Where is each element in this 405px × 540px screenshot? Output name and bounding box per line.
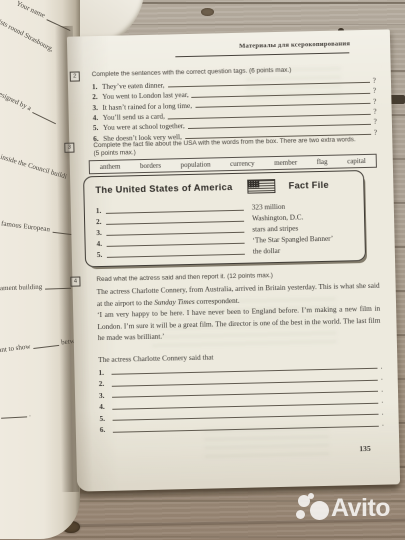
showthrough-text <box>204 427 330 460</box>
item-number: 3. <box>92 104 102 112</box>
question-mark: ? <box>373 77 376 85</box>
exercise-instruction: Read what the actress said and then repo… <box>96 272 273 283</box>
fact-file-rows: 1.323 million 2.Washington, D.C. 3.stars… <box>96 198 353 259</box>
word-option: currency <box>230 159 255 168</box>
us-flag-icon <box>247 179 275 194</box>
question-mark: ? <box>373 97 376 105</box>
item-number: 2. <box>96 218 106 226</box>
fact-answer: the dollar <box>253 247 281 256</box>
item-number: 3. <box>96 229 106 237</box>
reading-text: The actress Charlotte Connery, from Aust… <box>97 280 381 344</box>
wood-knot <box>201 8 214 16</box>
exercise-instruction: (5 points max.) <box>93 149 135 157</box>
fact-answer: stars and stripes <box>252 225 298 234</box>
item-number: 3. <box>99 391 109 399</box>
blank-line <box>32 112 56 124</box>
period: . <box>382 420 384 428</box>
reported-speech-intro: The actress Charlotte Connery said that <box>98 352 213 364</box>
left-page-fragment: . <box>0 410 31 420</box>
fact-answer: Washington, D.C. <box>252 213 304 222</box>
item-number: 4. <box>99 403 109 411</box>
fragment-text: ant to show <box>0 342 31 354</box>
exercise-badge: 2 <box>70 71 80 81</box>
fragment-text: Your name <box>15 0 46 20</box>
period: . <box>381 397 383 405</box>
exercise-badge: 3 <box>64 143 74 153</box>
newspaper-name: Sunday Times <box>154 296 195 306</box>
avito-logo-icon <box>308 493 314 499</box>
period: . <box>381 362 383 370</box>
item-number: 1. <box>92 83 102 91</box>
fragment-text: iament building <box>0 283 42 293</box>
fact-file-title: The United States of America <box>95 182 232 195</box>
page-header: Материалы для ксерокопирования <box>239 40 350 50</box>
period: . <box>381 374 383 382</box>
page-number: 135 <box>359 444 371 453</box>
avito-logo-icon <box>296 510 305 519</box>
actress-quote: ‘I am very happy to be here. I have neve… <box>97 303 381 344</box>
item-number: 5. <box>93 124 103 132</box>
fact-answer: 323 million <box>252 203 286 212</box>
item-number: 1. <box>96 207 106 215</box>
blank-line <box>107 253 245 257</box>
fragment-text: esigned by a <box>0 90 33 113</box>
left-page-fragment: esigned by a <box>0 90 60 126</box>
fragment-text: a famous European <box>0 219 50 234</box>
avito-wordmark: Avito <box>331 494 390 523</box>
item-number: 2. <box>92 93 102 101</box>
word-option: flag <box>317 158 328 166</box>
question-mark: ? <box>373 108 376 116</box>
intro-text: correspondent. <box>194 295 239 305</box>
fact-file-label: Fact File <box>288 180 329 191</box>
question-mark: ? <box>374 118 377 126</box>
header-rule <box>175 52 349 57</box>
item-number: 5. <box>99 414 109 422</box>
item-number: 1. <box>98 368 108 376</box>
word-option: borders <box>140 161 161 169</box>
answer-blank-list: 1.. 2.. 3.. 4.. 5.. 6.. <box>98 359 383 434</box>
fragment-text: . <box>29 410 31 418</box>
item-text: They’ve eaten dinner, <box>102 81 165 90</box>
avito-watermark: Avito <box>293 492 401 538</box>
question-mark: ? <box>373 87 376 95</box>
period: . <box>382 408 384 416</box>
word-option: anthem <box>100 162 121 170</box>
item-number: 4. <box>97 240 107 248</box>
avito-logo-icon <box>310 501 329 520</box>
period: . <box>381 385 383 393</box>
item-number: 5. <box>97 251 107 259</box>
word-option: population <box>180 160 210 169</box>
blank-line <box>1 416 27 418</box>
word-option: member <box>274 158 297 167</box>
exercise-badge: 4 <box>70 276 80 286</box>
right-page: Материалы для ксерокопирования 2 Complet… <box>67 29 400 491</box>
item-number: 4. <box>93 114 103 122</box>
word-option: capital <box>347 157 366 165</box>
fact-file-box: The United States of America Fact File 1… <box>83 170 366 267</box>
item-text: You’ll send us a card, <box>103 113 165 122</box>
question-tag-list: 1.They’ve eaten dinner,? 2.You went to L… <box>92 74 377 143</box>
book-photo: Your name urists round Strasbourg, esign… <box>0 0 405 540</box>
fact-file-header: The United States of America Fact File <box>95 177 329 197</box>
blank-line <box>34 344 60 348</box>
item-number: 6. <box>100 426 110 434</box>
item-number: 2. <box>99 380 109 388</box>
question-mark: ? <box>374 129 377 137</box>
